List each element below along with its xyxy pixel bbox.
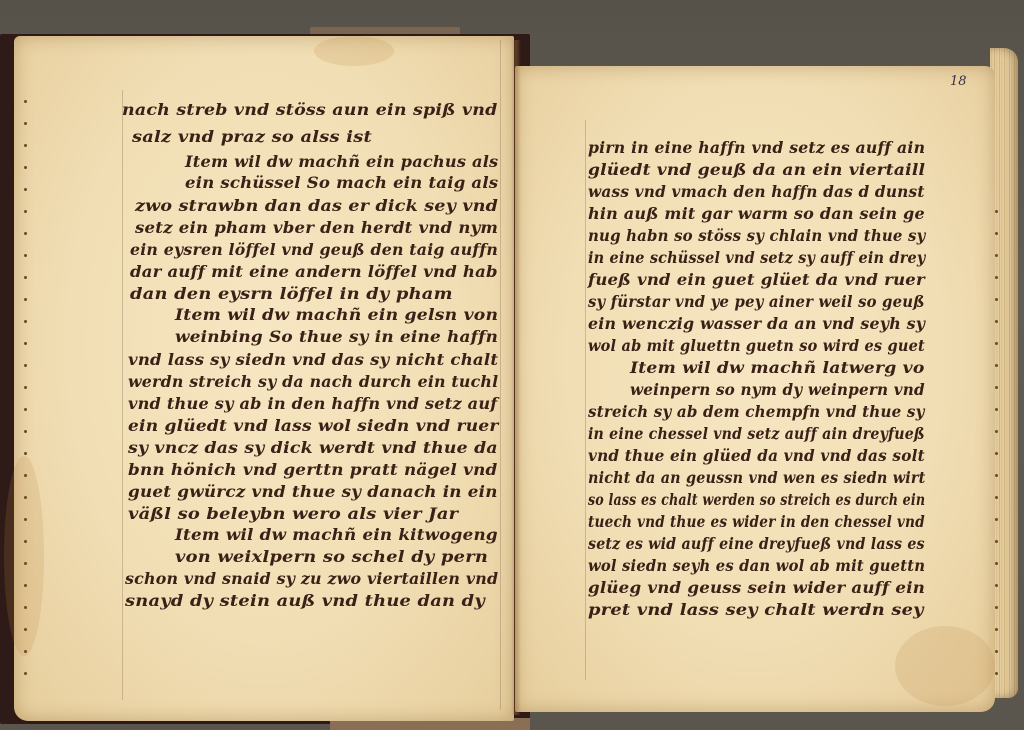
text-line: wol siedn seyh es dan wol ab mit guettn [588, 556, 925, 575]
text-line: pret vnd lass sey chalt werdn sey [588, 600, 924, 619]
pricking-hole [24, 628, 27, 631]
pricking-hole [24, 254, 27, 257]
pricking-hole [24, 408, 27, 411]
pricking-hole [995, 342, 998, 345]
pricking-hole [24, 188, 27, 191]
pricking-hole [24, 606, 27, 609]
text-line: in eine schüssel vnd setz sy auff ein dr… [588, 248, 925, 267]
pricking-hole [995, 276, 998, 279]
pricking-hole [24, 584, 27, 587]
text-line: schon vnd snaid sy zu zwo viertaillen vn… [125, 569, 498, 588]
text-line: weinbing So thue sy in eine haffn [175, 327, 498, 346]
pricking-hole [995, 606, 998, 609]
text-line: wass vnd vmach den haffn das d dunst [588, 182, 925, 201]
pricking-hole [24, 672, 27, 675]
pricking-hole [24, 232, 27, 235]
pricking-hole [24, 518, 27, 521]
pricking-hole [995, 562, 998, 565]
text-line: setz ein pham vber den herdt vnd nym [135, 218, 498, 237]
book-gutter [511, 40, 521, 715]
pricking-hole [995, 518, 998, 521]
text-line: glüedt vnd geuß da an ein viertaill [588, 160, 925, 179]
text-line: vnd thue sy ab in den haffn vnd setz auf [128, 394, 497, 413]
text-line: Item wil dw machñ ein pachus als [185, 152, 498, 171]
pricking-hole [24, 144, 27, 147]
pricking-hole [995, 254, 998, 257]
text-line: glüeg vnd geuss sein wider auff ein [588, 578, 925, 597]
stain [4, 456, 44, 656]
ruling-line [122, 90, 123, 700]
pricking-hole [24, 430, 27, 433]
text-line: snayd dy stein auß vnd thue dan dy [125, 591, 485, 610]
pricking-hole [995, 298, 998, 301]
pricking-hole [995, 210, 998, 213]
pricking-hole [24, 562, 27, 565]
text-line: ein schüssel So mach ein taig als [185, 173, 498, 192]
text-line: vnd thue ein glüed da vnd vnd das solt [588, 446, 925, 465]
text-line: bnn hönich vnd gerttn pratt nägel vnd [128, 460, 498, 479]
text-line: nach streb vnd stöss aun ein spiß vnd [122, 100, 498, 119]
pricking-hole [24, 276, 27, 279]
text-line: nicht da an geussn vnd wen es siedn wirt [588, 468, 925, 487]
pricking-hole [995, 408, 998, 411]
pricking-hole [24, 452, 27, 455]
pricking-hole [995, 430, 998, 433]
stain [895, 626, 995, 706]
pricking-hole [995, 386, 998, 389]
text-line: ein eysren löffel vnd geuß den taig auff… [130, 240, 498, 259]
pricking-hole [995, 650, 998, 653]
text-line: pirn in eine haffn vnd setz es auff ain [588, 138, 925, 157]
text-line: werdn streich sy da nach durch ein tuchl [128, 372, 498, 391]
text-line: fueß vnd ein guet glüet da vnd ruer [588, 270, 925, 289]
ruling-line [585, 120, 586, 680]
pricking-hole [995, 320, 998, 323]
text-line: streich sy ab dem chempfn vnd thue sy [588, 402, 925, 421]
pricking-hole [24, 496, 27, 499]
text-line: sy fürstar vnd ye pey ainer weil so geuß [588, 292, 925, 311]
pricking-hole [24, 320, 27, 323]
stain [314, 36, 394, 66]
text-line: Item wil dw machñ ein kitwogeng [175, 525, 498, 544]
text-line: dar auff mit eine andern löffel vnd hab [130, 262, 498, 281]
text-line: von weixlpern so schel dy pern [175, 547, 488, 566]
text-line: väßl so beleybn wero als vier Jar [128, 504, 458, 523]
pricking-hole [995, 364, 998, 367]
ruling-line [500, 40, 501, 710]
text-line: setz es wid auff eine dreyfueß vnd lass … [588, 534, 925, 553]
pricking-hole [24, 364, 27, 367]
text-line: hin auß mit gar warm so dan sein ge [588, 204, 925, 223]
pricking-hole [995, 496, 998, 499]
pricking-hole [995, 584, 998, 587]
pricking-hole [995, 232, 998, 235]
text-line: Item wil dw machñ latwerg vo [630, 358, 925, 377]
pricking-hole [24, 166, 27, 169]
text-line: so lass es chalt werden so streich es du… [588, 490, 925, 509]
text-line: salz vnd praz so alss ist [132, 127, 372, 146]
pricking-hole [995, 540, 998, 543]
text-line: zwo strawbn dan das er dick sey vnd [135, 196, 498, 215]
text-line: sy vncz das sy dick werdt vnd thue da [128, 438, 498, 457]
text-line: Item wil dw machñ ein gelsn von [175, 305, 498, 324]
pricking-hole [995, 474, 998, 477]
text-line: dan den eysrn löffel in dy pham [130, 284, 453, 303]
pricking-hole [24, 474, 27, 477]
text-line: wol ab mit gluettn guetn so wird es guet [588, 336, 925, 355]
pricking-hole [24, 122, 27, 125]
pricking-hole [24, 210, 27, 213]
pricking-hole [995, 672, 998, 675]
pricking-hole [24, 298, 27, 301]
folio-number: 18 [950, 74, 967, 89]
text-line: vnd lass sy siedn vnd das sy nicht chalt [128, 350, 498, 369]
pricking-hole [24, 540, 27, 543]
pricking-hole [24, 100, 27, 103]
text-line: ein glüedt vnd lass wol siedn vnd ruer [128, 416, 499, 435]
pricking-hole [995, 452, 998, 455]
text-line: guet gwürcz vnd thue sy danach in ein [128, 482, 498, 501]
text-line: in eine chessel vnd setz auff ain dreyfu… [588, 424, 925, 443]
pricking-hole [24, 342, 27, 345]
text-line: tuech vnd thue es wider in den chessel v… [588, 512, 925, 531]
text-line: nug habn so stöss sy chlain vnd thue sy [588, 226, 925, 245]
text-line: weinpern so nym dy weinpern vnd [630, 380, 925, 399]
text-line: ein wenczig wasser da an vnd seyh sy [588, 314, 925, 333]
pricking-hole [995, 628, 998, 631]
pricking-hole [24, 386, 27, 389]
pricking-hole [24, 650, 27, 653]
